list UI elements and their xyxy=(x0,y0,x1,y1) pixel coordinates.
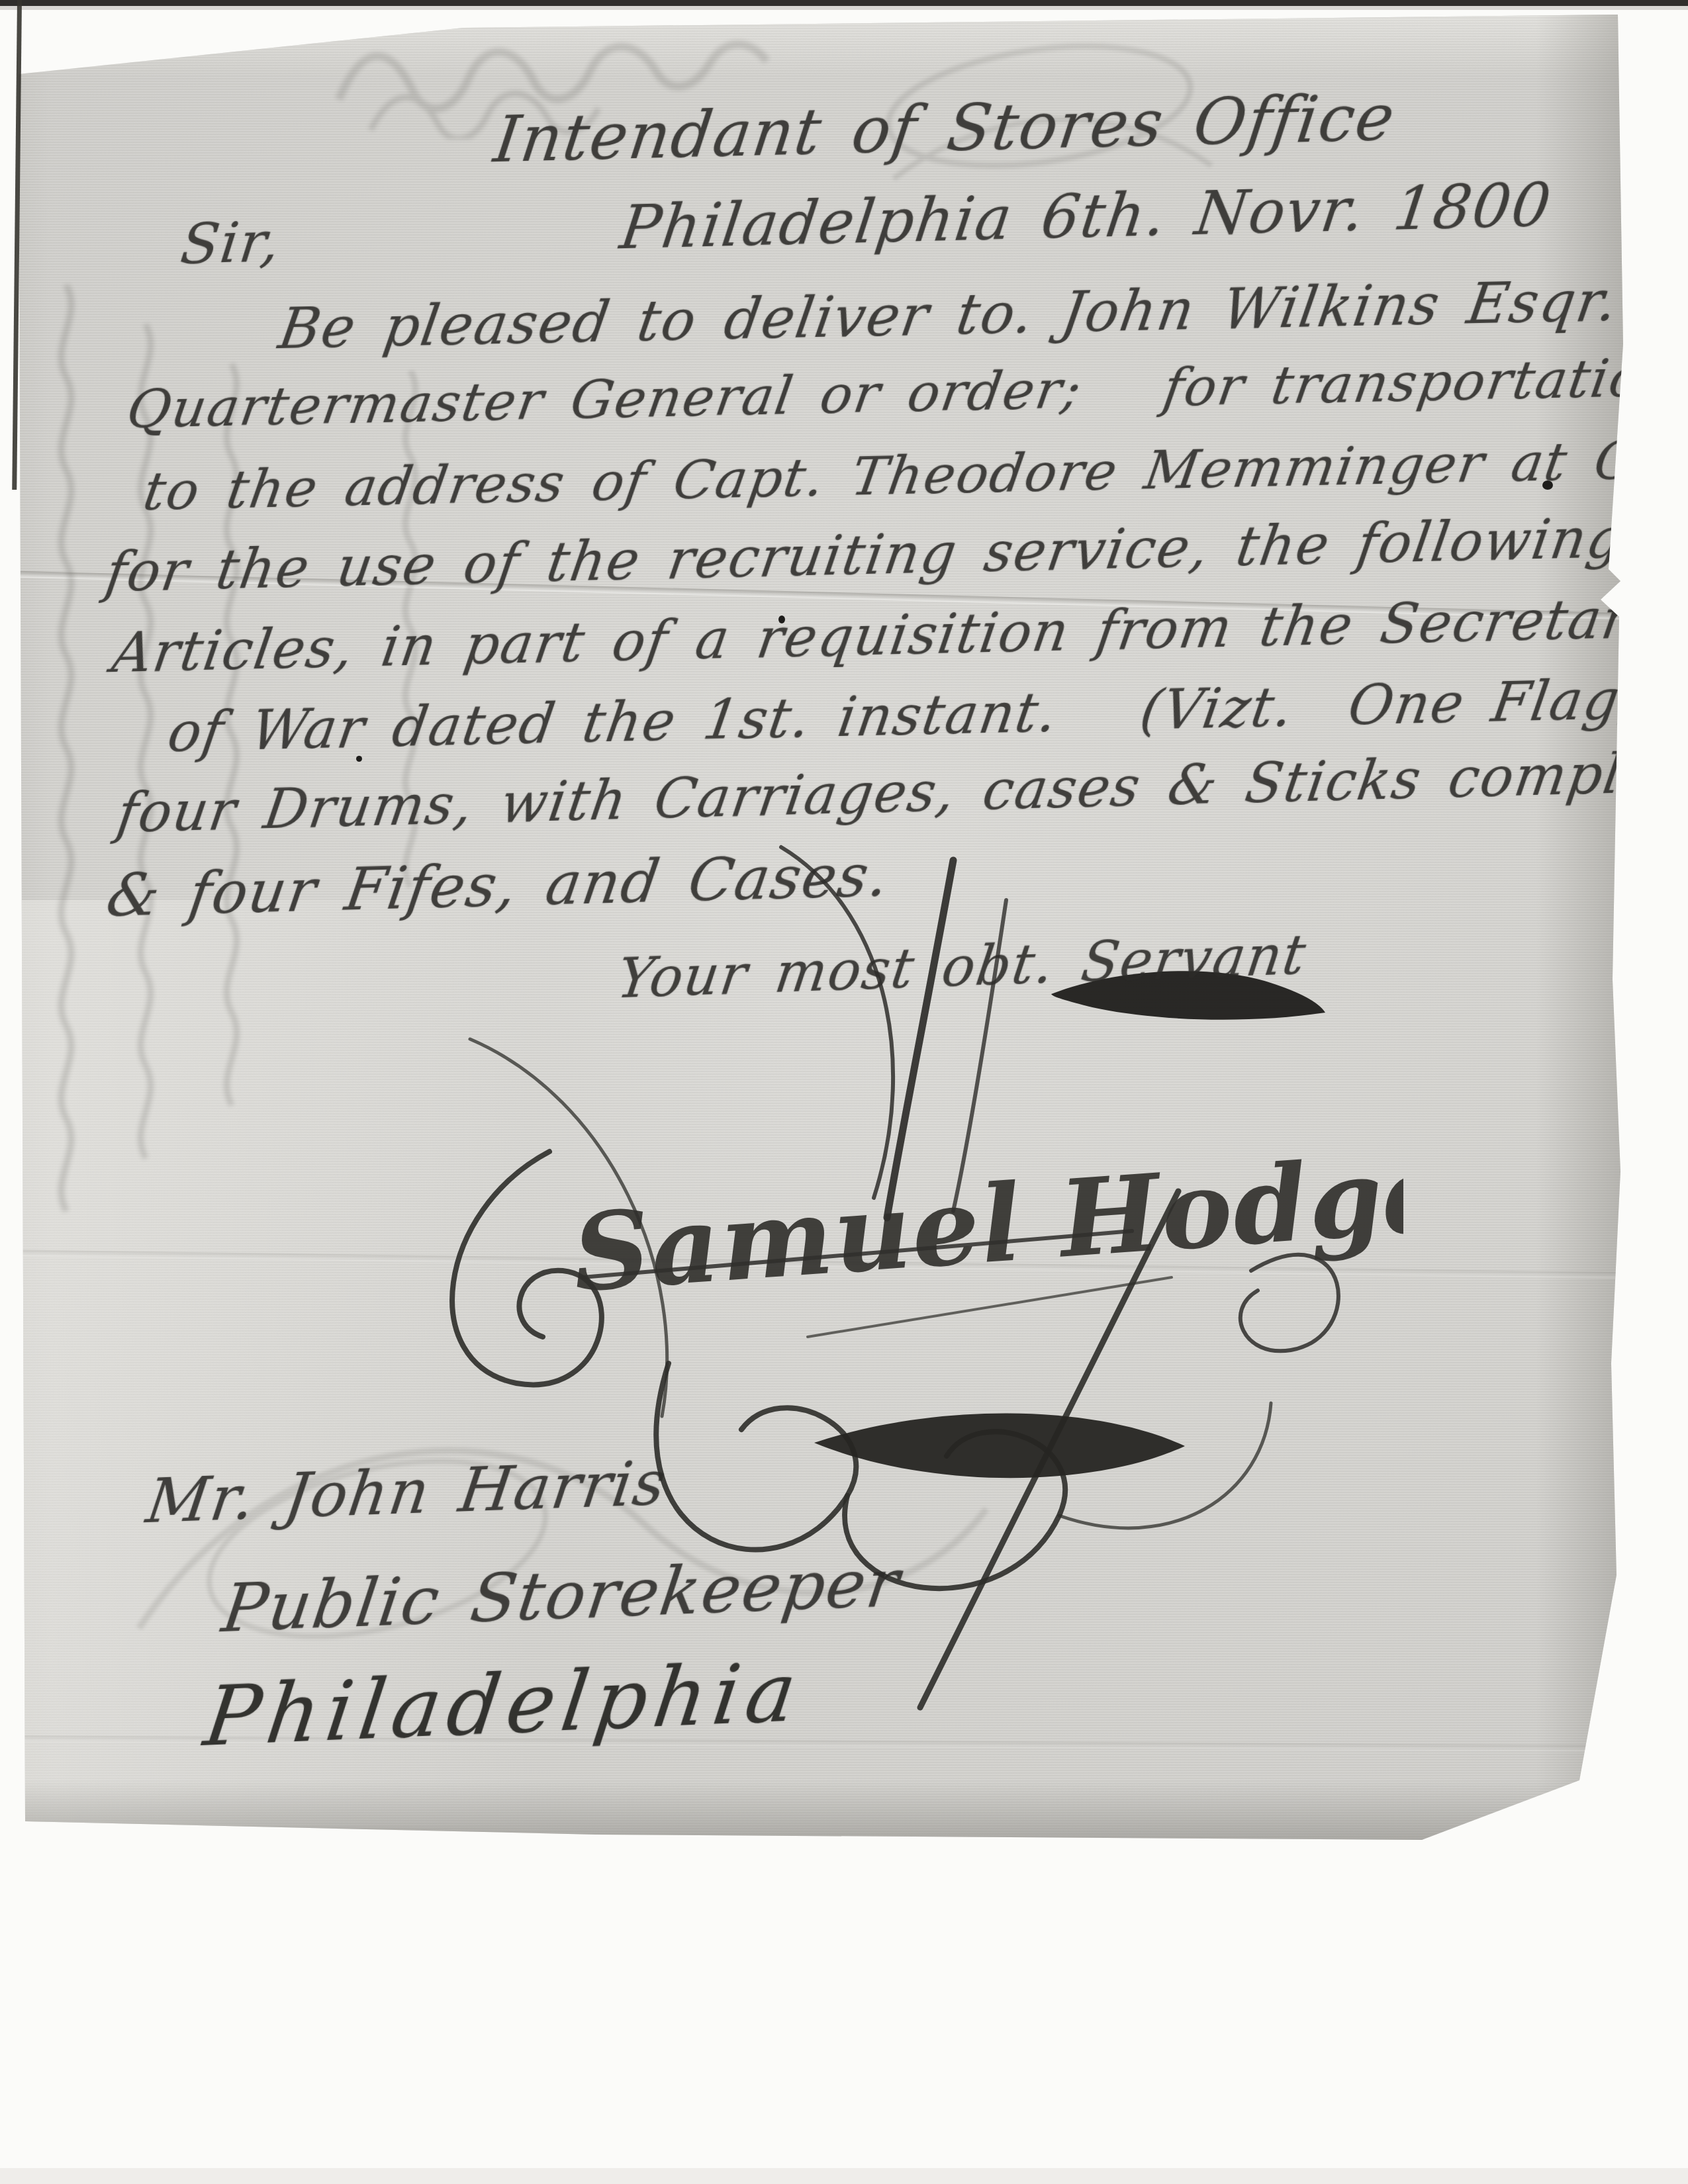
ink-speck xyxy=(356,756,362,762)
scanned-letter: Intendant of Stores Office Philadelphia … xyxy=(0,0,1688,2184)
signature-name: Samuel Hodgdon xyxy=(569,1119,1403,1316)
scanner-edge-top xyxy=(0,0,1688,6)
ink-speck xyxy=(778,615,785,623)
scanner-edge-top-highlight xyxy=(0,6,1688,10)
signature-underline-lens xyxy=(814,1414,1185,1479)
paper-sheet: Intendant of Stores Office Philadelphia … xyxy=(0,0,1688,2184)
scanner-strip-bottom xyxy=(0,2168,1688,2184)
ink-speck xyxy=(1542,480,1553,490)
salutation: Sir, xyxy=(177,208,285,277)
paper-edge-shadow-bottom xyxy=(0,1780,1622,1843)
